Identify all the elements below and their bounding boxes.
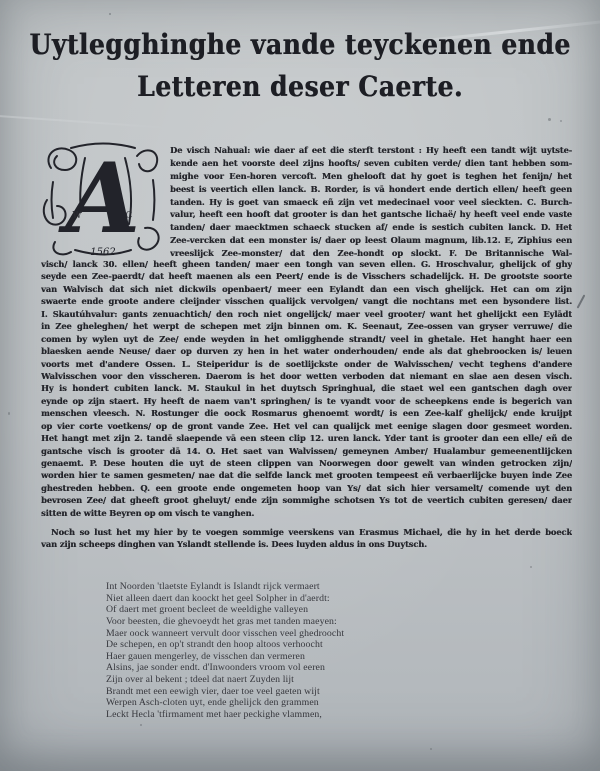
paper-speck: [530, 566, 532, 568]
text-line: visch/ lanck 30. ellen/ heeft gheen tand…: [41, 258, 572, 270]
text-line: eynde op zijn staert. Hy heeft de naem v…: [41, 395, 572, 407]
full-lines-list: visch/ lanck 30. ellen/ heeft gheen tand…: [41, 258, 572, 507]
poem-line: Werpen Asch-cloten uyt, ende ghelijck de…: [106, 697, 480, 709]
svg-text:1562: 1562: [90, 247, 115, 258]
text-line: tanden. Hy is goet van smaeck eñ zijn ve…: [170, 196, 572, 209]
text-line: Het hangt met zijn 2. tandē slaepende vā…: [41, 432, 572, 444]
paper-speck: [430, 748, 432, 750]
text-line: bevrosen Zee/ dat gheeft groot gheluyt/ …: [41, 494, 572, 506]
paragraph-monsters-top: A W C 1562 De visch Nahual: wie daer af …: [41, 142, 572, 260]
poem-line: Int Noorden 'tlaetste Eylandt is Islandt…: [106, 581, 480, 593]
margin-ink-mark: [577, 294, 586, 308]
document-title-line-1: Uytlegghinghe vande teyckenen ende: [0, 21, 600, 68]
text-line: De visch Nahual: wie daer af eet die ste…: [170, 144, 572, 157]
text-line: worden hier te samen gesmeten/ nae dat d…: [41, 469, 572, 481]
text-line: Zee-vercken dat een monster is/ daer op …: [170, 234, 572, 247]
paragraph-monsters-indented-lines: De visch Nahual: wie daer af eet die ste…: [165, 142, 572, 260]
text-line: swaerte ende groote andere cleijnder vis…: [41, 295, 572, 307]
svg-text:W: W: [72, 211, 82, 221]
manuscript-page: Uytlegghinghe vande teyckenen ende Lette…: [0, 0, 600, 771]
text-line: kende aen het voorste deel zijns hoofts/…: [170, 157, 572, 170]
paper-speck: [8, 412, 10, 415]
paragraph-erasmus-note: Noch so lust het my hier by te voegen so…: [41, 526, 572, 551]
text-line: van Walvisch dat sich niet dickwils open…: [41, 283, 572, 295]
paragraph-monsters-full-lines: visch/ lanck 30. ellen/ heeft gheen tand…: [41, 258, 572, 519]
paper-crease: [0, 113, 170, 129]
paper-speck: [560, 120, 562, 122]
document-title-line-2: Letteren deser Caerte.: [0, 63, 600, 110]
poem-line: Brandt met een eewigh vier, daer toe vee…: [106, 686, 480, 698]
text-line: comen by wylen uyt de Zee/ ende weyden i…: [41, 333, 572, 345]
poem-line: Maer oock wanneert vervult door visschen…: [106, 628, 480, 640]
poem-line: Voor beesten, die ghevoeydt het gras met…: [106, 616, 480, 628]
poem-line: Haer gauen mengerley, de visschen dan ve…: [106, 651, 480, 663]
text-line: genaemt. P. Dese houten die uyt de steen…: [41, 457, 572, 469]
paragraph-monsters-last-line: sitten de witte Beyren op om visch te va…: [41, 507, 572, 519]
svg-text:A: A: [58, 142, 140, 255]
text-line: menschen vleesch. N. Rostunger die oock …: [41, 407, 572, 419]
text-line: seyde een Zee-paerdt/ dat heeft maenen a…: [41, 270, 572, 282]
text-line: in Zee gheleghen/ het werpt de schepen m…: [41, 320, 572, 332]
text-line: Noch so lust het my hier by te voegen so…: [41, 526, 572, 538]
poem-line: Leckt Hecla 'tfirmament met haer peckigh…: [106, 709, 480, 721]
svg-text:C: C: [126, 211, 133, 221]
poem-verses: Int Noorden 'tlaetste Eylandt is Islandt…: [106, 581, 480, 721]
text-line: ghestreden hebben. Q. een groote ende on…: [41, 482, 572, 494]
text-line: valur, heeft een hooft dat grooter is da…: [170, 208, 572, 221]
text-line: beest is veertich ellen lanck. B. Rorder…: [170, 183, 572, 196]
text-line: I. Skautúhvalur: gants zenuachtich/ den …: [41, 308, 572, 320]
drop-cap-woodcut: A W C 1562: [41, 142, 165, 258]
paper-speck: [109, 13, 111, 15]
poem-line: De schepen, en op't strandt den hoop alt…: [106, 639, 480, 651]
paper-speck: [140, 724, 142, 726]
text-line: van zijn scheeps dinghen van Yslandt ste…: [41, 538, 572, 550]
text-line: mighe voor Een-horen vercoft. Men gheloo…: [170, 170, 572, 183]
text-line: tanden/ daer maecktmen schaeck stucken a…: [170, 221, 572, 234]
document-title: Uytlegghinghe vande teyckenen ende Lette…: [0, 24, 600, 108]
drop-cap-initial-a: A W C 1562: [41, 142, 165, 258]
text-line: Hy is hondert cubiten lanck. M. Staukul …: [41, 382, 572, 394]
poem-line: Alsins, jae sonder endt. d'Inwoonders vr…: [106, 662, 480, 674]
poem-line: Niet alleen daert dan koockt het geel So…: [106, 593, 480, 605]
paper-speck: [548, 118, 551, 121]
poem-line: Of daert met groent becleet de weeldighe…: [106, 604, 480, 616]
poem-line: Zijn over al bekent ; tdeel dat naert Zu…: [106, 674, 480, 686]
text-line: blaesken aende Neuse/ daer op durven zy …: [41, 345, 572, 357]
text-line: op vier corte voetkens/ op de gront vand…: [41, 420, 572, 432]
text-line: voorts met d'andere Ossen. L. Steiperidu…: [41, 358, 572, 370]
text-line: gantsche visch is grooter dā 14. O. Het …: [41, 445, 572, 457]
text-line: Walvisschen voor den visscheren. Daerom …: [41, 370, 572, 382]
